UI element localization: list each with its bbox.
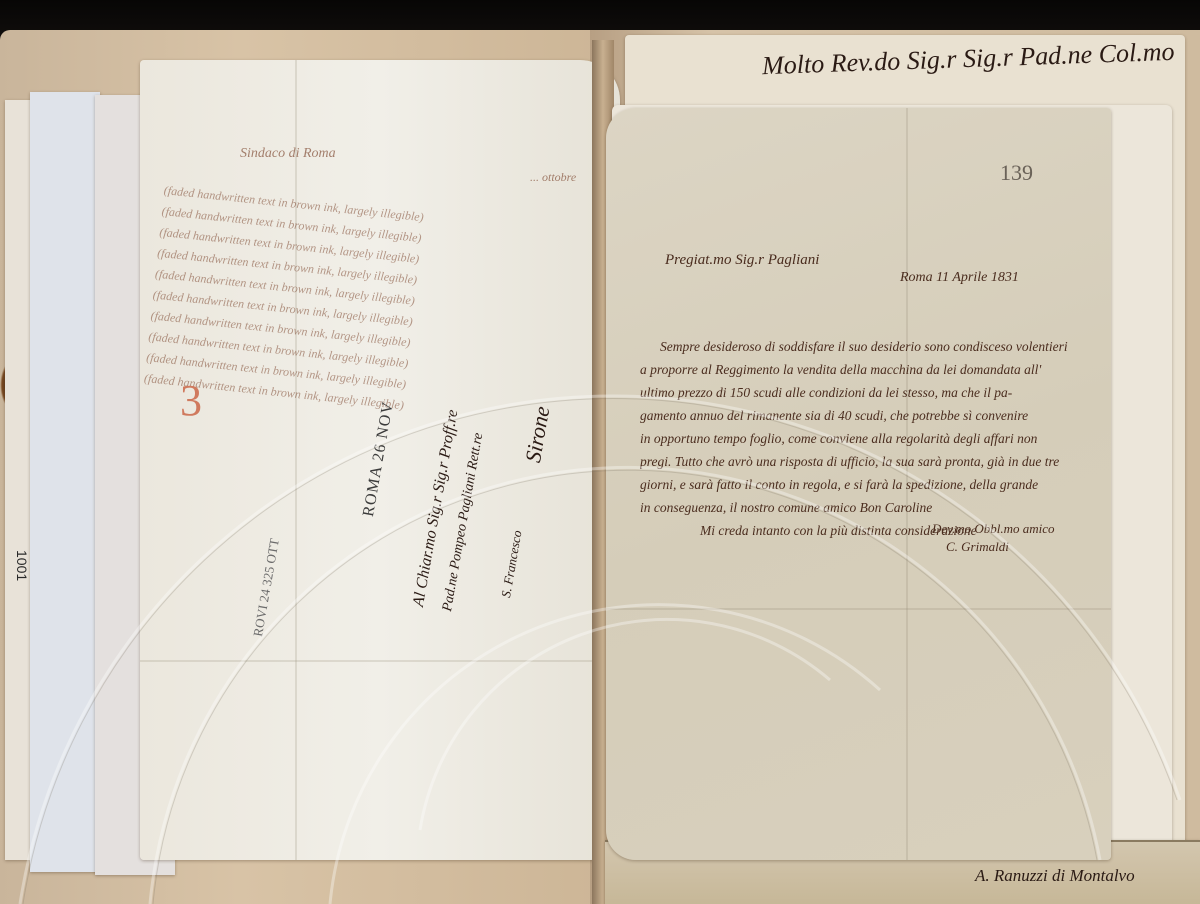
text-line: Sempre desideroso di soddisfare il suo d… [640,335,1085,358]
text-line: in opportuno tempo foglio, come conviene… [640,427,1085,450]
paper-strip [30,92,100,872]
fold-line [295,60,297,860]
signature-closing: Dev.mo Obbl.mo amico [932,520,1055,538]
letter-signature: Dev.mo Obbl.mo amico C. Grimaldi [932,520,1055,556]
archival-photo: 1001 Sindaco di Roma ... ottobre (faded … [0,0,1200,904]
text-line: in conseguenza, il nostro comune amico B… [640,496,1085,519]
letter-body: Sempre desideroso di soddisfare il suo d… [640,335,1085,542]
text-line: ultimo prezzo di 150 scudi alle condizio… [640,381,1085,404]
text-line: pregi. Tutto che avrò una risposta di uf… [640,450,1085,473]
archive-number: 139 [1000,160,1033,186]
fold-line [606,608,1111,610]
letter-salutation: Pregiat.mo Sig.r Pagliani [665,252,819,269]
letter-dateline: Roma 11 Aprile 1831 [900,270,1019,286]
red-pencil-mark: 3 [180,375,202,426]
left-letter-header: Sindaco di Roma [240,146,336,162]
bottom-annotation: A. Ranuzzi di Montalvo [975,866,1135,886]
text-line: a proporre al Reggimento la vendita dell… [640,358,1085,381]
strip-note: 1001 [14,550,30,581]
text-line: giorni, e sarà fatto il conto in regola,… [640,473,1085,496]
left-letter-dateline: ... ottobre [530,170,576,185]
signature-name: C. Grimaldi [932,538,1055,556]
fold-line [140,660,620,662]
text-line: gamento annuo del rimanente sia di 40 sc… [640,404,1085,427]
